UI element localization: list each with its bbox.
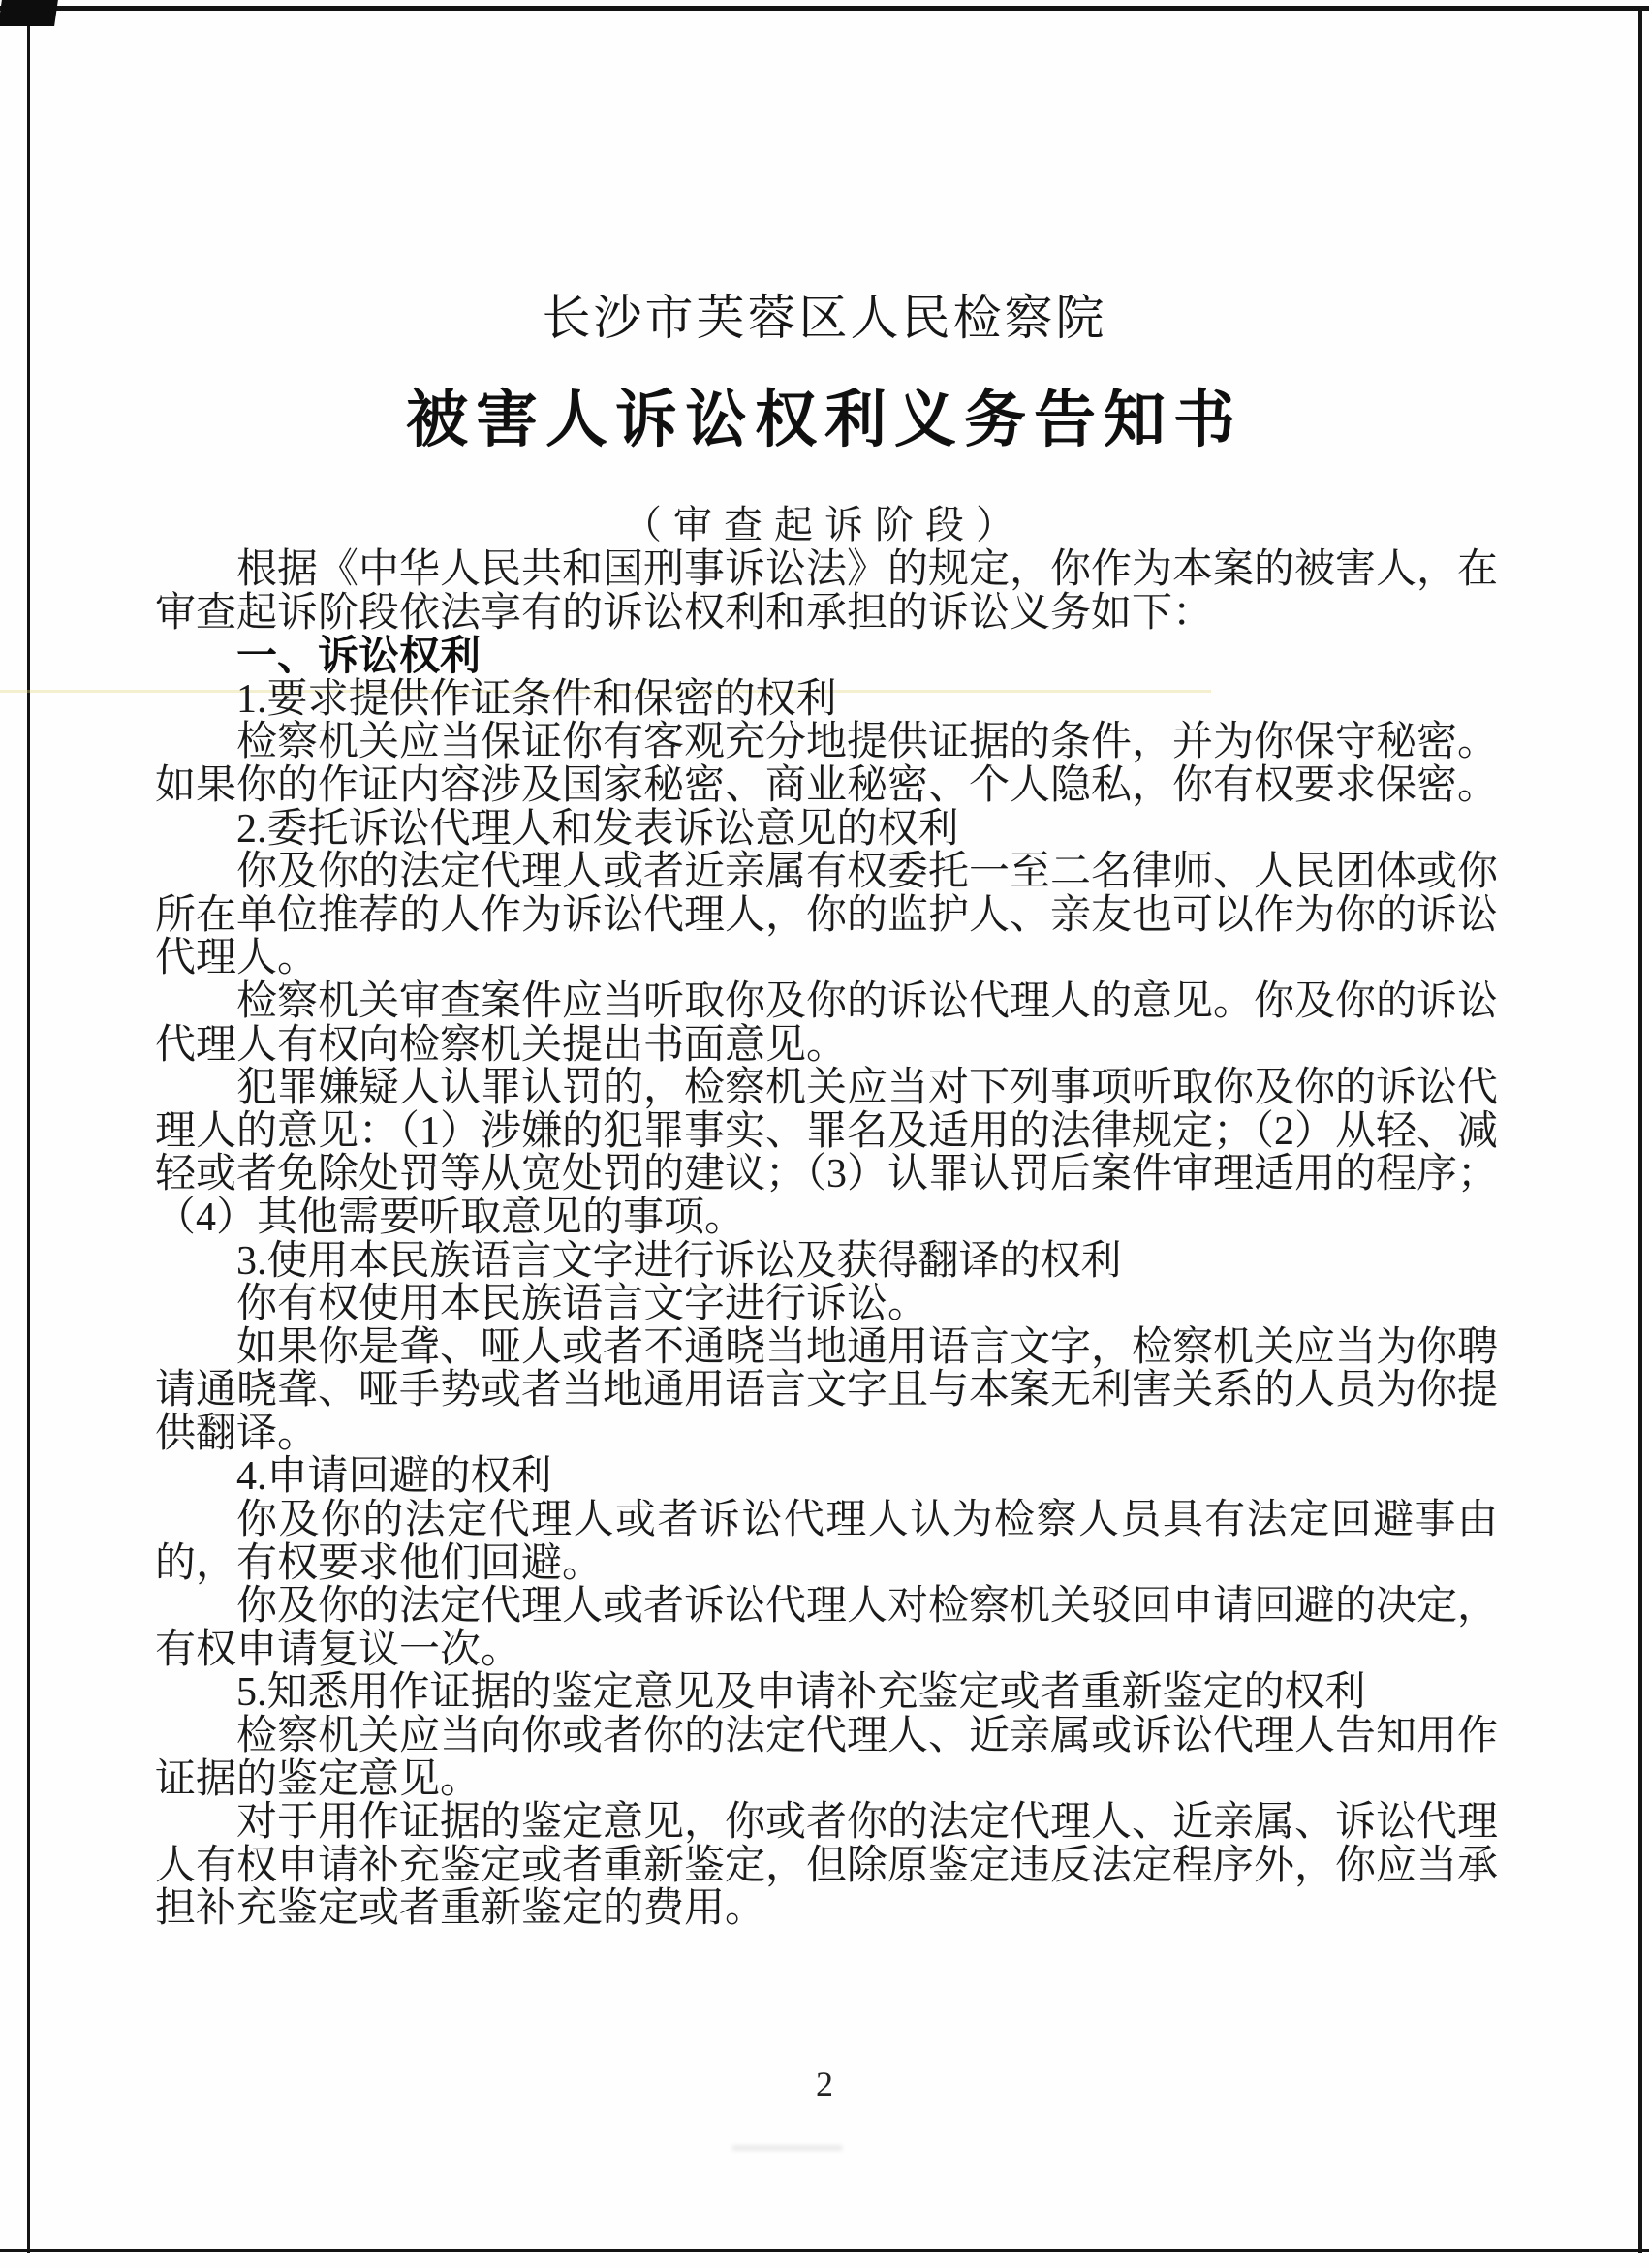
item-heading: 4.申请回避的权利	[155, 1455, 1498, 1499]
item-heading: 1.要求提供作证条件和保密的权利	[155, 678, 1498, 722]
item-paragraph: 你及你的法定代理人或者诉讼代理人对检察机关驳回申请回避的决定，有权申请复议一次。	[155, 1585, 1498, 1671]
document-title: 被害人诉讼权利义务告知书	[0, 370, 1649, 459]
document-page: 长沙市芙蓉区人民检察院 被害人诉讼权利义务告知书 （审查起诉阶段） 根据《中华人…	[0, 0, 1649, 2268]
intro-paragraph: 根据《中华人民共和国刑事诉讼法》的规定，你作为本案的被害人，在审查起诉阶段依法享…	[155, 548, 1498, 635]
item-paragraph: 检察机关应当保证你有客观充分地提供证据的条件，并为你保守秘密。如果你的作证内容涉…	[155, 721, 1498, 807]
document-body: 根据《中华人民共和国刑事诉讼法》的规定，你作为本案的被害人，在审查起诉阶段依法享…	[155, 548, 1498, 1931]
org-name: 长沙市芙蓉区人民检察院	[0, 279, 1649, 349]
item-heading: 3.使用本民族语言文字进行诉讼及获得翻译的权利	[155, 1240, 1498, 1284]
item-paragraph: 检察机关应当向你或者你的法定代理人、近亲属或诉讼代理人告知用作证据的鉴定意见。	[155, 1715, 1498, 1801]
item-paragraph: 犯罪嫌疑人认罪认罚的，检察机关应当对下列事项听取你及你的诉讼代理人的意见：（1）…	[155, 1067, 1498, 1239]
item-paragraph: 你及你的法定代理人或者诉讼代理人认为检察人员具有法定回避事由的，有权要求他们回避…	[155, 1499, 1498, 1585]
section-heading: 一、诉讼权利	[155, 635, 1498, 678]
item-paragraph: 如果你是聋、哑人或者不通晓当地通用语言文字，检察机关应当为你聘请通晓聋、哑手势或…	[155, 1326, 1498, 1456]
scan-smudge	[731, 2145, 843, 2151]
page-number: 2	[0, 2064, 1649, 2104]
item-paragraph: 你及你的法定代理人或者近亲属有权委托一至二名律师、人民团体或你所在单位推荐的人作…	[155, 851, 1498, 980]
item-paragraph: 对于用作证据的鉴定意见，你或者你的法定代理人、近亲属、诉讼代理人有权申请补充鉴定…	[155, 1801, 1498, 1931]
item-paragraph: 你有权使用本民族语言文字进行诉讼。	[155, 1283, 1498, 1326]
item-heading: 2.委托诉讼代理人和发表诉讼意见的权利	[155, 808, 1498, 852]
stage-subtitle: （审查起诉阶段）	[0, 494, 1649, 549]
page-border-bottom	[0, 2249, 1649, 2252]
scan-corner-mark	[0, 0, 58, 26]
item-heading: 5.知悉用作证据的鉴定意见及申请补充鉴定或者重新鉴定的权利	[155, 1671, 1498, 1715]
page-border-top	[0, 6, 1649, 11]
item-paragraph: 检察机关审查案件应当听取你及你的诉讼代理人的意见。你及你的诉讼代理人有权向检察机…	[155, 980, 1498, 1067]
